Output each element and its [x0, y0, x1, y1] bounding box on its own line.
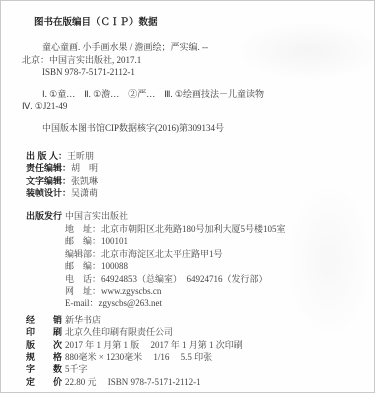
colophon-label: 定 价	[26, 376, 65, 388]
colophon-label: 版 次	[26, 339, 65, 351]
copyright-page: 图书在版编目（ＣＩＰ）数据 童心童画. 小手画水果 / 澹画绘；严实编. -- …	[0, 0, 375, 393]
staff-label: 责任编辑：	[26, 162, 71, 174]
cip-entry-line2: 北京：中国言实出版社, 2017.1	[22, 54, 356, 66]
detail-label: 邮 编：	[65, 260, 101, 272]
detail-label: 地 址：	[65, 223, 101, 235]
cip-header: 图书在版编目（ＣＩＰ）数据	[34, 17, 356, 29]
publisher-block: 出版发行 中国言实出版社 地 址： 北京市朝阳区北苑路180号加利大厦5号楼10…	[26, 210, 356, 309]
colophon-row-distribution: 经 销 新华书店	[26, 314, 356, 326]
staff-credits: 出 版 人： 王昕朋 责任编辑： 胡 明 文字编辑： 张凯琳 装帧设计： 吴潇萌	[26, 150, 356, 200]
classification-line1: Ⅰ. ①童… Ⅱ. ①澹… ②严… Ⅲ. ①绘画技法－儿童读物	[22, 88, 356, 100]
publisher-details: 地 址： 北京市朝阳区北苑路180号加利大厦5号楼105室 邮 编： 10010…	[65, 223, 356, 310]
detail-row-phone: 电 话： 64924853（总编室） 64924716（发行部）	[65, 273, 356, 285]
detail-value: 100088	[101, 260, 128, 272]
colophon-value: 880毫米 × 1230毫米 1/16 5.5 印张	[65, 351, 212, 363]
colophon-label: 经 销	[26, 314, 65, 326]
colophon-value: 22.80 元 ISBN 978-7-5171-2112-1	[65, 376, 201, 388]
colophon-label: 规 格	[26, 351, 65, 363]
colophon-value: 5千字	[65, 363, 88, 375]
staff-row-responsible-editor: 责任编辑： 胡 明	[26, 162, 356, 174]
detail-label: 电 话：	[65, 273, 101, 285]
classification-line2: Ⅳ. ①J21-49	[22, 100, 356, 112]
colophon-row-printing: 印 刷 北京久佳印刷有限责任公司	[26, 326, 356, 338]
detail-value: 北京市海淀区北太平庄路甲1号	[101, 248, 223, 260]
isbn-line: ISBN 978-7-5171-2112-1	[22, 66, 356, 78]
detail-value: www.zgyscbs.cn	[101, 285, 161, 297]
staff-value: 王昕朋	[67, 150, 94, 162]
detail-row-website: 网 址： www.zgyscbs.cn	[65, 285, 356, 297]
staff-row-publisher-person: 出 版 人： 王昕朋	[26, 150, 356, 162]
colophon-row-price: 定 价 22.80 元 ISBN 978-7-5171-2112-1	[26, 376, 356, 388]
publisher-name: 中国言实出版社	[65, 210, 128, 222]
detail-label: 邮 编：	[65, 235, 101, 247]
staff-label: 出 版 人：	[26, 150, 67, 162]
colophon-label: 印 刷	[26, 326, 65, 338]
publisher-label: 出版发行	[26, 210, 65, 222]
detail-value: 64924853（总编室） 64924716（发行部）	[101, 273, 268, 285]
cip-entry-line1: 童心童画. 小手画水果 / 澹画绘；严实编. --	[22, 41, 356, 53]
colophon-row-format: 规 格 880毫米 × 1230毫米 1/16 5.5 印张	[26, 351, 356, 363]
detail-value: zgyscbs@263.net	[99, 297, 163, 309]
staff-label: 文字编辑：	[26, 175, 71, 187]
colophon-value: 2017 年 1 月第 1 版 2017 年 1 月第 1 次印刷	[65, 339, 243, 351]
colophon-label: 字 数	[26, 363, 65, 375]
colophon-row-wordcount: 字 数 5千字	[26, 363, 356, 375]
staff-value: 胡 明	[71, 162, 98, 174]
colophon-value: 北京久佳印刷有限责任公司	[65, 326, 173, 338]
staff-row-text-editor: 文字编辑： 张凯琳	[26, 175, 356, 187]
detail-label: 编辑部：	[65, 248, 101, 260]
detail-label: 网 址：	[65, 285, 101, 297]
detail-row-postcode: 邮 编： 100101	[65, 235, 356, 247]
detail-row-postcode2: 邮 编： 100088	[65, 260, 356, 272]
cip-record-number: 中国版本图书馆CIP数据核字(2016)第309134号	[22, 122, 356, 134]
cip-entry: 童心童画. 小手画水果 / 澹画绘；严实编. -- 北京：中国言实出版社, 20…	[22, 41, 356, 78]
detail-row-address: 地 址： 北京市朝阳区北苑路180号加利大厦5号楼105室	[65, 223, 356, 235]
colophon-row-edition: 版 次 2017 年 1 月第 1 版 2017 年 1 月第 1 次印刷	[26, 339, 356, 351]
detail-value: 北京市朝阳区北苑路180号加利大厦5号楼105室	[101, 223, 286, 235]
colophon-block: 经 销 新华书店 印 刷 北京久佳印刷有限责任公司 版 次 2017 年 1 月…	[26, 314, 356, 388]
staff-value: 张凯琳	[71, 175, 98, 187]
cip-classification: Ⅰ. ①童… Ⅱ. ①澹… ②严… Ⅲ. ①绘画技法－儿童读物 Ⅳ. ①J21-…	[22, 88, 356, 113]
detail-label: E-mail：	[65, 297, 99, 309]
staff-value: 吴潇萌	[71, 187, 98, 199]
staff-label: 装帧设计：	[26, 187, 71, 199]
detail-row-editorial-office: 编辑部： 北京市海淀区北太平庄路甲1号	[65, 248, 356, 260]
colophon-value: 新华书店	[65, 314, 101, 326]
staff-row-design: 装帧设计： 吴潇萌	[26, 187, 356, 199]
detail-value: 100101	[101, 235, 128, 247]
publisher-row: 出版发行 中国言实出版社	[26, 210, 356, 222]
detail-row-email: E-mail： zgyscbs@263.net	[65, 297, 356, 309]
